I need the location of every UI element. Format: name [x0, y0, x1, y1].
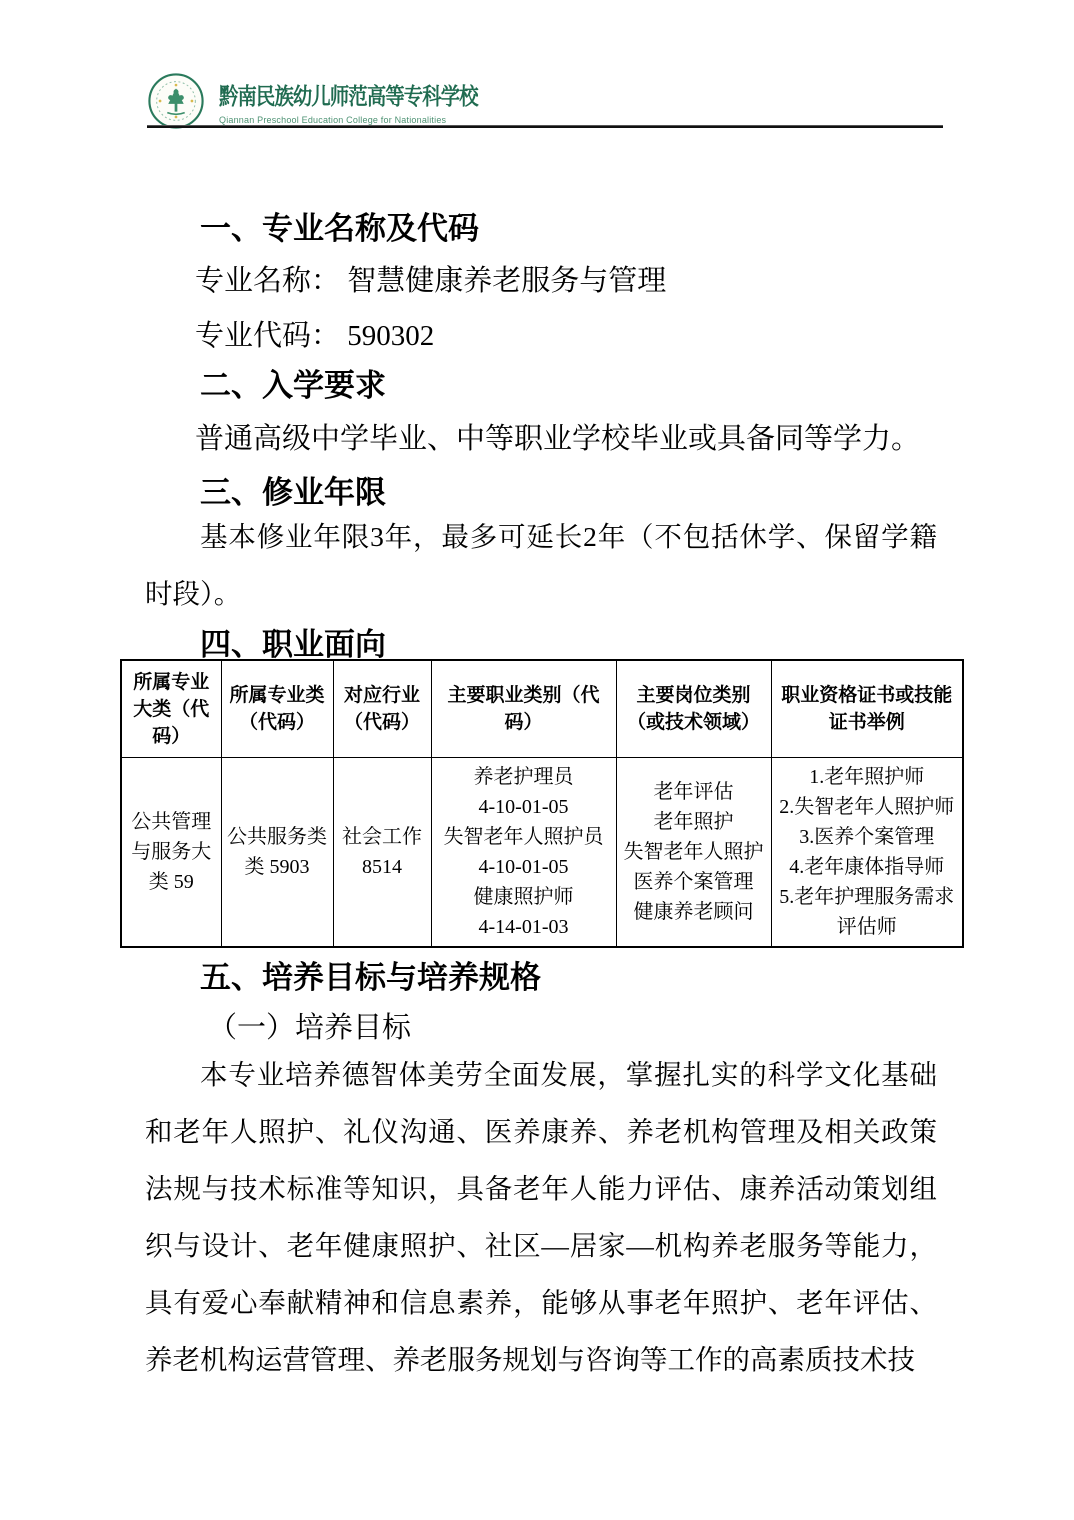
- cell-post: 老年评估 老年照护 失智老年人照护 医养个案管理 健康养老顾问: [616, 758, 771, 948]
- section-2-body: 普通高级中学毕业、中等职业学校毕业或具备同等学力。: [195, 416, 920, 457]
- table-header-industry: 对应行业（代码）: [333, 660, 431, 758]
- table-data-row: 公共管理与服务大类 59 公共服务类 类 5903 社会工作 8514 养老护理…: [121, 758, 963, 948]
- cell-industry: 社会工作 8514: [333, 758, 431, 948]
- table-header-row: 所属专业大类（代码） 所属专业类（代码） 对应行业（代码） 主要职业类别（代码）…: [121, 660, 963, 758]
- header-divider: [147, 125, 943, 128]
- college-seal-icon: [147, 72, 205, 130]
- table-header-post: 主要岗位类别（或技术领域）: [616, 660, 771, 758]
- section-5-heading: 五、培养目标与培养规格: [200, 952, 541, 997]
- cell-major-category: 公共管理与服务大类 59: [121, 758, 221, 948]
- section-4-heading: 四、职业面向: [200, 619, 386, 664]
- cell-occupation: 养老护理员 4-10-01-05 失智老年人照护员 4-10-01-05 健康照…: [431, 758, 616, 948]
- major-code-line: 专业代码： 590302: [195, 313, 434, 354]
- section-3-heading: 三、修业年限: [200, 467, 386, 512]
- document-page: 黔南民族幼儿师范高等专科学校 Qiannan Preschool Educati…: [0, 0, 1074, 1520]
- college-name-en: Qiannan Preschool Education College for …: [219, 115, 527, 125]
- table-header-major-category: 所属专业大类（代码）: [121, 660, 221, 758]
- section-1-heading: 一、专业名称及代码: [200, 203, 479, 248]
- major-name-line: 专业名称： 智慧健康养老服务与管理: [195, 258, 666, 299]
- cell-certificate: 1.老年照护师 2.失智老年人照护师 3.医养个案管理 4.老年康体指导师 5.…: [771, 758, 963, 948]
- college-logo: 黔南民族幼儿师范高等专科学校 Qiannan Preschool Educati…: [147, 72, 527, 130]
- cell-major-class: 公共服务类 类 5903: [221, 758, 333, 948]
- section-3-body: 基本修业年限3年，最多可延长2年（不包括休学、保留学籍时段）。: [145, 508, 937, 622]
- college-name-block: 黔南民族幼儿师范高等专科学校 Qiannan Preschool Educati…: [219, 72, 527, 125]
- table-header-major-class: 所属专业类（代码）: [221, 660, 333, 758]
- college-name-zh: 黔南民族幼儿师范高等专科学校: [219, 78, 478, 111]
- career-orientation-table: 所属专业大类（代码） 所属专业类（代码） 对应行业（代码） 主要职业类别（代码）…: [120, 659, 964, 948]
- table-header-occupation: 主要职业类别（代码）: [431, 660, 616, 758]
- section-5-subheading: （一）培养目标: [208, 1005, 411, 1046]
- section-5-body: 本专业培养德智体美劳全面发展，掌握扎实的科学文化基础和老年人照护、礼仪沟通、医养…: [145, 1046, 937, 1388]
- table-header-certificate: 职业资格证书或技能证书举例: [771, 660, 963, 758]
- section-2-heading: 二、入学要求: [200, 360, 386, 405]
